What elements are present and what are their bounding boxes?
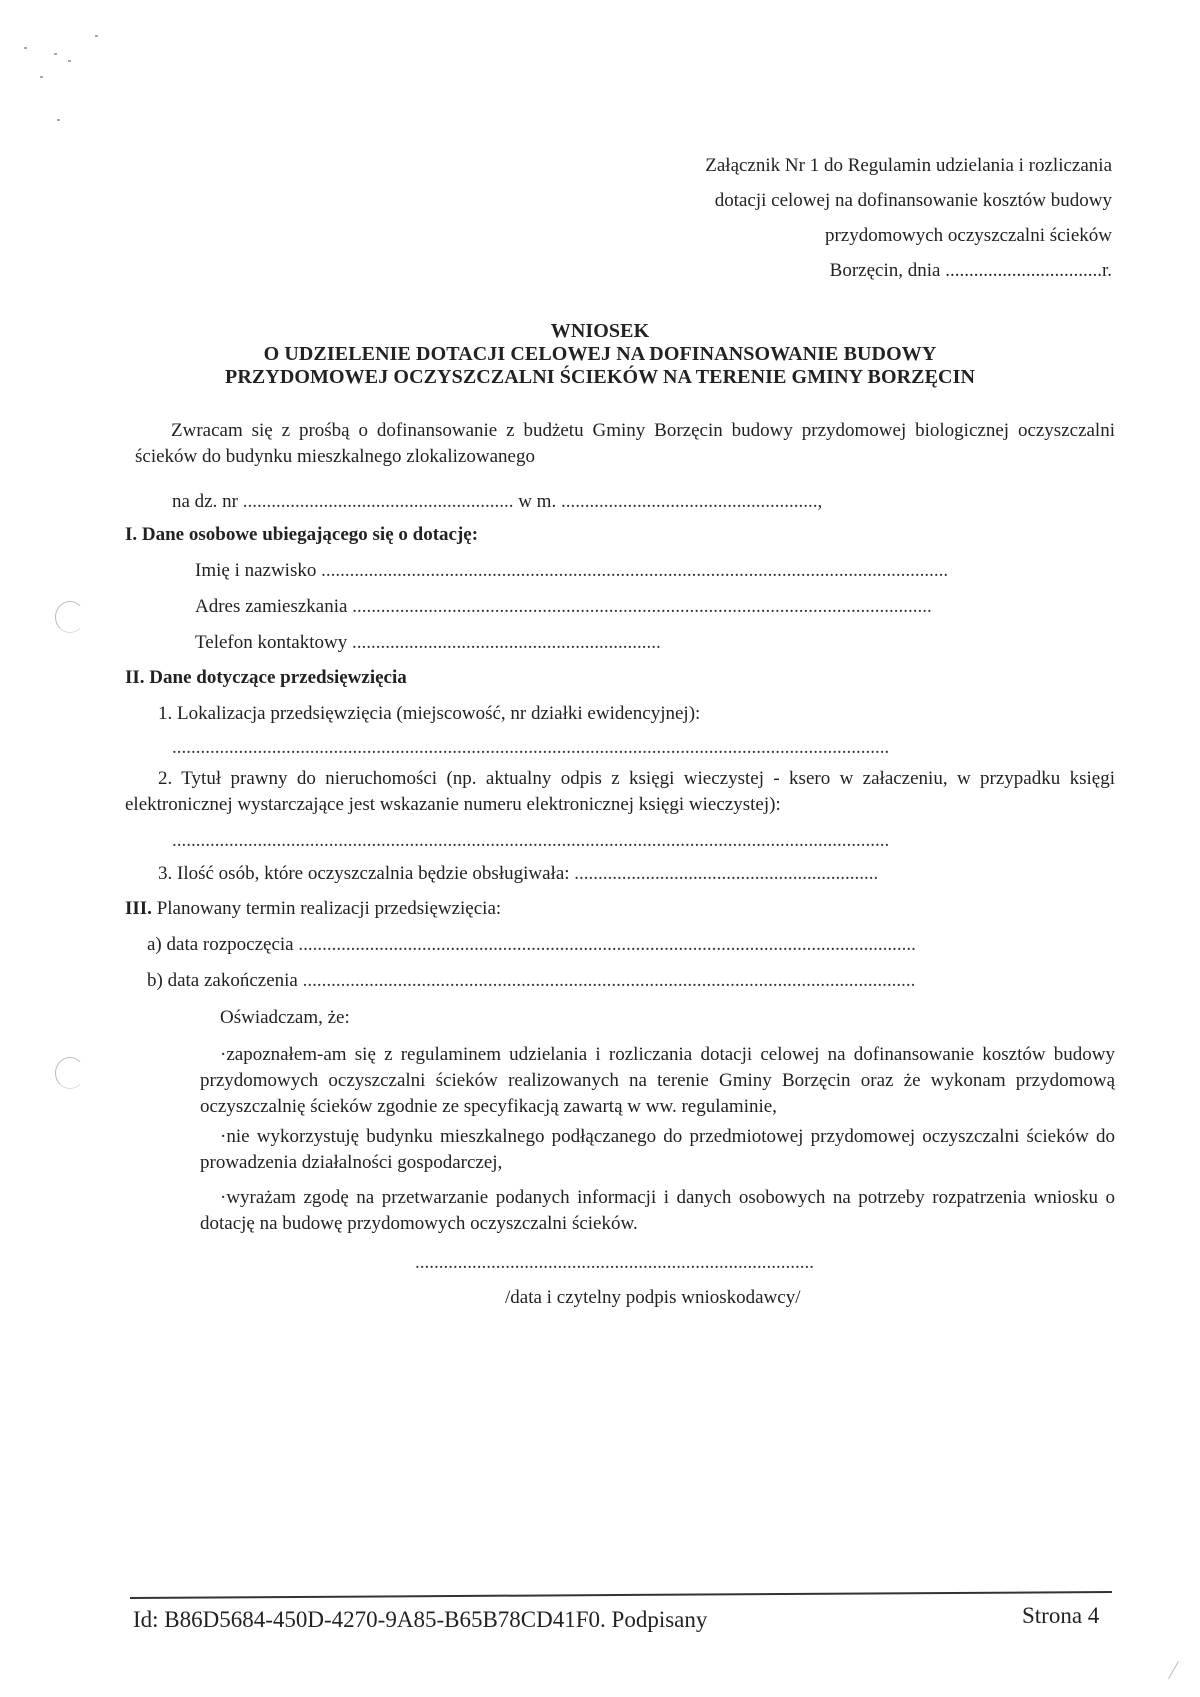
scan-mark (1168, 1661, 1179, 1679)
location-label: 1. Lokalizacja przedsięwzięcia (miejscow… (158, 703, 700, 725)
section-2-heading: II. Dane dotyczące przedsięwzięcia (125, 667, 407, 689)
document-subtitle-line1: O UDZIELENIE DOTACJI CELOWEJ NA DOFINANS… (0, 343, 1200, 366)
plot-number-row: na dz. nr ..............................… (172, 491, 822, 513)
signature-field[interactable]: ........................................… (415, 1252, 814, 1274)
declaration-intro: Oświadczam, że: (220, 1007, 350, 1029)
name-row: Imię i nazwisko ........................… (195, 560, 948, 582)
section-3-number: III. (125, 898, 152, 919)
scan-speck (68, 60, 71, 62)
declaration-item-3: ·wyrażam zgodę na przetwarzanie podanych… (200, 1185, 1115, 1237)
location-field[interactable]: ........................................… (172, 737, 889, 759)
attachment-header-line2: dotacji celowej na dofinansowanie kosztó… (715, 190, 1112, 212)
phone-field[interactable]: ........................................… (352, 632, 661, 653)
persons-label: 3. Ilość osób, które oczyszczalnia będzi… (158, 863, 570, 884)
footer-divider (130, 1591, 1112, 1599)
legal-title-label: 2. Tytuł prawny do nieruchomości (np. ak… (125, 766, 1115, 818)
scan-speck (95, 35, 98, 37)
plot-number-field[interactable]: ........................................… (243, 491, 514, 512)
start-date-row: a) data rozpoczęcia ....................… (147, 934, 916, 956)
declaration-item-1: ·zapoznałem-am się z regulaminem udziela… (200, 1042, 1115, 1120)
section-3-title: Planowany termin realizacji przedsięwzię… (157, 898, 501, 919)
end-date-row: b) data zakończenia ....................… (147, 970, 915, 992)
scan-speck (57, 119, 60, 121)
persons-row: 3. Ilość osób, które oczyszczalnia będzi… (158, 863, 878, 885)
section-3-heading: III. Planowany termin realizacji przedsi… (125, 898, 501, 920)
attachment-header-line3: przydomowych oczyszczalni ścieków (825, 225, 1112, 247)
start-date-field[interactable]: ........................................… (298, 934, 916, 955)
phone-row: Telefon kontaktowy .....................… (195, 632, 661, 654)
document-title: WNIOSEK (0, 320, 1200, 343)
name-field[interactable]: ........................................… (321, 560, 948, 581)
address-label: Adres zamieszkania (195, 596, 347, 617)
document-id: Id: B86D5684-450D-4270-9A85-B65B78CD41F0… (133, 1607, 707, 1633)
document-subtitle-line2: PRZYDOMOWEJ OCZYSZCZALNI ŚCIEKÓW NA TERE… (0, 366, 1200, 389)
punch-hole-mark (55, 601, 85, 633)
signature-caption: /data i czytelny podpis wnioskodawcy/ (505, 1287, 801, 1309)
phone-label: Telefon kontaktowy (195, 632, 347, 653)
end-date-label: b) data zakończenia (147, 970, 298, 991)
section-1-heading: I. Dane osobowe ubiegającego się o dotac… (125, 524, 478, 546)
attachment-header-line1: Załącznik Nr 1 do Regulamin udzielania i… (705, 155, 1112, 177)
legal-title-field[interactable]: ........................................… (172, 830, 889, 852)
address-field[interactable]: ........................................… (352, 596, 932, 617)
plot-number-label: na dz. nr (172, 491, 238, 512)
scan-speck (40, 76, 43, 78)
date-field[interactable]: Borzęcin, dnia .........................… (830, 260, 1112, 282)
town-label: w m. (518, 491, 556, 512)
scan-speck (54, 53, 57, 55)
end-date-field[interactable]: ........................................… (303, 970, 916, 991)
intro-paragraph: Zwracam się z prośbą o dofinansowanie z … (135, 418, 1115, 470)
punch-hole-mark (55, 1057, 85, 1089)
persons-field[interactable]: ........................................… (574, 863, 878, 884)
name-label: Imię i nazwisko (195, 560, 316, 581)
start-date-label: a) data rozpoczęcia (147, 934, 294, 955)
declaration-item-2: ·nie wykorzystuję budynku mieszkalnego p… (200, 1124, 1115, 1176)
scan-speck (24, 47, 27, 49)
page-number: Strona 4 (1022, 1603, 1099, 1629)
address-row: Adres zamieszkania .....................… (195, 596, 932, 618)
town-field[interactable]: ........................................… (561, 491, 822, 512)
